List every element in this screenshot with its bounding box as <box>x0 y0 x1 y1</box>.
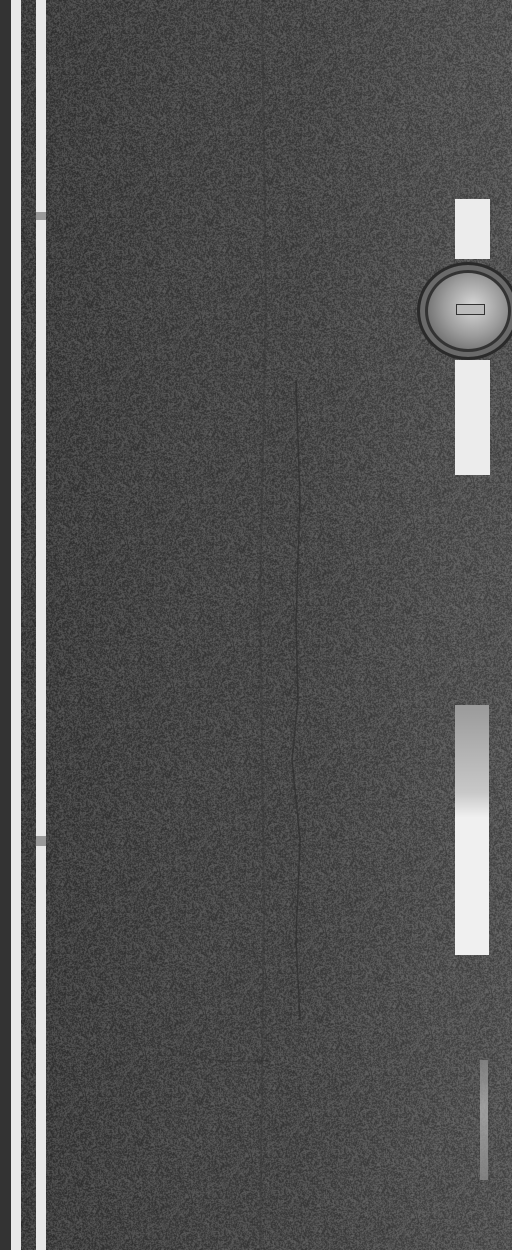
pavement-crack <box>0 0 512 1250</box>
road-surface-image <box>0 0 512 1250</box>
